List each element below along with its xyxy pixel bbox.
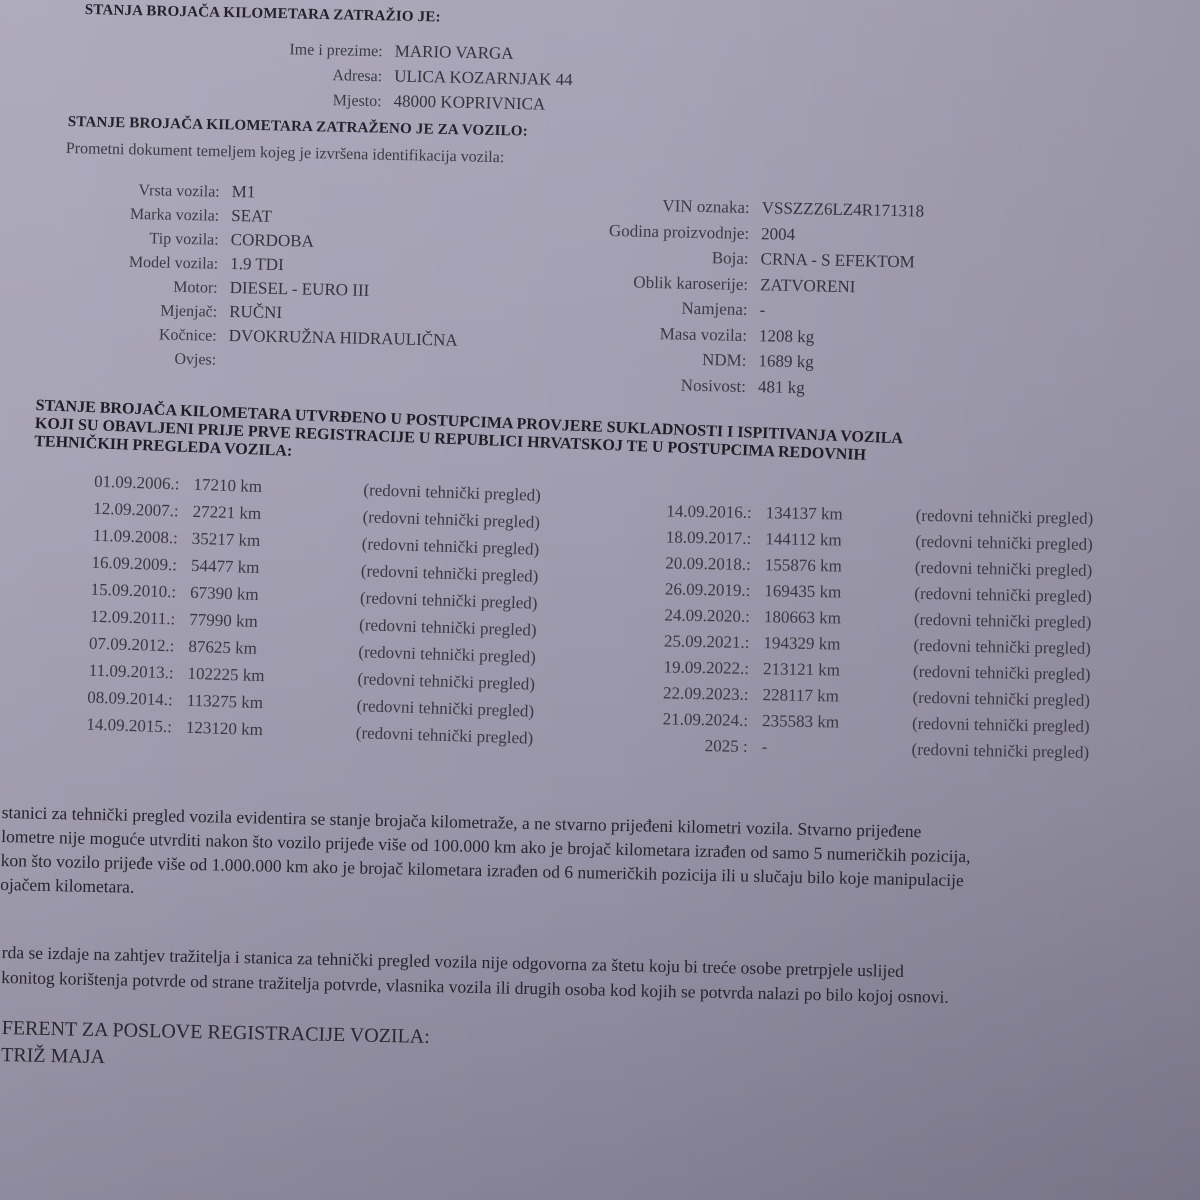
field-value: 481 kg [758,377,805,397]
reading-note: (redovni tehnički pregled) [360,588,538,613]
reading-note: (redovni tehnički pregled) [357,669,535,694]
field-value: CORDOBA [231,230,315,251]
field-label: VIN oznaka: [559,192,749,220]
liability-disclaimer: rda se izdaje na zahtjev tražitelja i st… [1,940,950,1010]
reading-date: 12.09.2011.: [65,603,176,632]
reading-note: (redovni tehnički pregled) [916,506,1094,528]
signature-block: FERENT ZA POSLOVE REGISTRACIJE VOZILA: T… [1,1015,430,1078]
requester-city: 48000 KOPRIVNICA [393,91,545,113]
readings-right: 14.09.2016.:134137 km(redovni tehnički p… [635,498,1093,766]
field-label: Ovjes: [86,346,216,372]
field-label: NDM: [556,345,746,373]
reading-note: (redovni tehnički pregled) [915,532,1093,554]
requester-heading: STANJA BROJAČA KILOMETARA ZATRAŽIO JE: [85,2,441,26]
reading-date: 07.09.2012.: [64,630,175,659]
field-label: Mjesto: [228,87,381,114]
field-label: Godina proizvodnje: [559,217,749,245]
reading-km: - [747,734,911,762]
reading-note: (redovni tehnički pregled) [362,507,540,532]
field-value: - [759,300,765,319]
reading-date: 14.09.2015.: [62,711,173,740]
reading-note: (redovni tehnički pregled) [356,696,534,721]
field-value: SEAT [231,206,272,226]
reading-km: 180663 km [750,604,914,632]
reading-km: 123120 km [171,714,356,746]
field-label: Boja: [558,243,748,271]
reading-note: (redovni tehnički pregled) [361,534,539,559]
vehicle-right-fields: VIN oznaka: VSSZZZ6LZ4R171318 Godina pro… [556,192,925,404]
vin-value: VSSZZZ6LZ4R171318 [762,198,925,220]
field-label: Tip vozila: [88,226,218,252]
reading-note: (redovni tehnički pregled) [356,723,534,748]
requester-name: MARIO VARGA [395,41,514,62]
reading-note: (redovni tehnički pregled) [363,480,541,505]
field-label: Namjena: [557,294,747,322]
reading-km: 235583 km [748,708,912,736]
readings-left: 01.09.2006.:17210 km(redovni tehnički pr… [62,468,542,753]
reading-date: 08.09.2014.: [62,684,173,713]
reading-date: 20.09.2018.: [639,550,751,577]
reading-note: (redovni tehnički pregled) [914,610,1092,632]
reading-date: 2025 : [635,732,747,759]
reading-date: 11.09.2013.: [63,657,174,686]
field-value: M1 [232,182,256,201]
field-label: Motor: [87,274,217,300]
reading-note: (redovni tehnički pregled) [912,714,1090,736]
reading-note: (redovni tehnički pregled) [914,584,1092,606]
field-value: RUČNI [229,302,282,322]
reading-km: 228117 km [748,682,912,710]
reading-date: 24.09.2020.: [638,602,750,629]
field-label: Ime i prezime: [229,37,382,64]
field-value: 1208 kg [759,326,815,346]
field-label: Kočnice: [86,322,216,348]
field-value: DVOKRUŽNA HIDRAULIČNA [229,326,458,350]
reading-date: 14.09.2016.: [640,498,752,525]
reading-km: 134137 km [752,500,916,528]
field-value: 2004 [761,224,795,244]
reading-km: 213121 km [749,656,913,684]
requester-block: Ime i prezime: MARIO VARGA Adresa: ULICA… [228,36,573,118]
field-value: 1689 kg [758,351,814,371]
field-label: Adresa: [229,62,382,89]
reading-note: (redovni tehnički pregled) [358,642,536,667]
field-value: 1.9 TDI [230,254,284,274]
reading-note: (redovni tehnički pregled) [911,740,1089,762]
reading-note: (redovni tehnički pregled) [913,636,1091,658]
field-value: ZATVORENI [760,275,856,296]
field-label: Mjenjač: [87,298,217,324]
field-label: Vrsta vozila: [89,178,219,204]
field-value: DIESEL - EURO III [230,278,370,300]
reading-note: (redovni tehnički pregled) [359,615,537,640]
field-label: Oblik karoserije: [558,268,748,296]
reading-note: (redovni tehnički pregled) [913,662,1091,684]
field-label: Model vozila: [88,250,218,276]
reading-km: 169435 km [750,578,914,606]
field-label: Masa vozila: [557,319,747,347]
reading-date: 01.09.2006.: [69,468,180,497]
reading-date: 22.09.2023.: [636,680,748,707]
reading-note: (redovni tehnički pregled) [915,558,1093,580]
reading-note: (redovni tehnički pregled) [361,561,539,586]
field-label: Nosivost: [556,370,746,398]
reading-date: 25.09.2021.: [637,628,749,655]
vehicle-subheading: Prometni dokument temeljem kojeg je izvr… [66,140,505,167]
reading-date: 16.09.2009.: [67,549,178,578]
reading-date: 19.09.2022.: [637,654,749,681]
vehicle-left-fields: Vrsta vozila: M1 Marka vozila: SEAT Tip … [86,177,461,377]
reading-km: 194329 km [749,630,913,658]
reading-date: 11.09.2008.: [67,522,178,551]
odometer-disclaimer: stanici za tehnički pregled vozila evide… [0,800,971,916]
reading-date: 26.09.2019.: [638,576,750,603]
reading-date: 18.09.2017.: [639,524,751,551]
vehicle-heading: STANJE BROJAČA KILOMETARA ZATRAŽENO JE Z… [68,114,528,141]
reading-date: 15.09.2010.: [66,576,177,605]
reading-km: 155876 km [751,552,915,580]
field-label: Marka vozila: [89,202,219,228]
requester-address: ULICA KOZARNJAK 44 [394,66,573,89]
reading-note: (redovni tehnički pregled) [912,688,1090,710]
reading-date: 21.09.2024.: [636,706,748,733]
field-value: CRNA - S EFEKTOM [760,249,915,271]
reading-date: 12.09.2007.: [68,495,179,524]
reading-km: 144112 km [751,526,915,554]
